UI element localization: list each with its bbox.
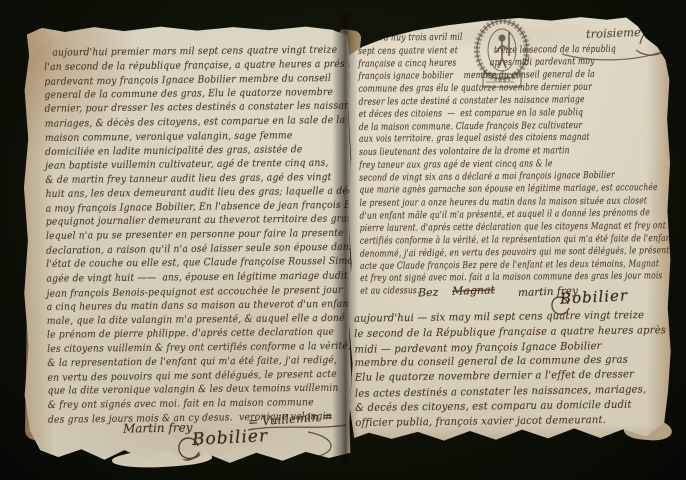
manuscript-line: jean baptiste vuillemin cultivateur, agé… xyxy=(45,156,327,173)
manuscript-line: aux vois territoire. gras lequel asisté … xyxy=(359,132,609,147)
right-page: 58 troisieme aujourd'huy trois avril mil… xyxy=(346,14,672,452)
page-number: 58 xyxy=(640,14,651,24)
left-page: aujourd'hui premier mars mil sept cens q… xyxy=(22,24,352,466)
signature-bobilier: Bobilier xyxy=(560,286,629,308)
manuscript-line: aujourd'huy trois avril mil xyxy=(358,31,608,46)
record-6-may-1793: aujourd'hui — six may mil sept cens quat… xyxy=(354,308,654,430)
heading-paraph-flourish xyxy=(630,18,672,62)
signature-bobilier: Bobilier xyxy=(192,426,269,450)
manuscript-line: aujourd'hui premier mars mil sept cens q… xyxy=(44,44,326,61)
manuscript-scan: aujourd'hui premier mars mil sept cens q… xyxy=(0,0,686,480)
manuscript-line: que la dite veronique valangin & les deu… xyxy=(48,382,330,399)
signature-magnat: Magnat xyxy=(452,283,495,297)
signature-martin-frey: Martin frey xyxy=(123,420,193,435)
birth-record-1-march-1793: aujourd'hui premier mars mil sept cens q… xyxy=(44,44,329,427)
signature-bez: Bez xyxy=(418,286,439,300)
manuscript-line: pequignot journalier demeurant au thever… xyxy=(46,213,328,230)
birth-record-3-april-1793: aujourd'huy trois avril milsept cens qua… xyxy=(358,31,610,299)
manuscript-line: que marie agnès garnache son épouse en l… xyxy=(359,182,609,197)
manuscript-line: officier publia, françois xavier jacot d… xyxy=(355,412,653,430)
manuscript-line: le prénom de pierre philippe. d'aprés ce… xyxy=(47,326,329,343)
